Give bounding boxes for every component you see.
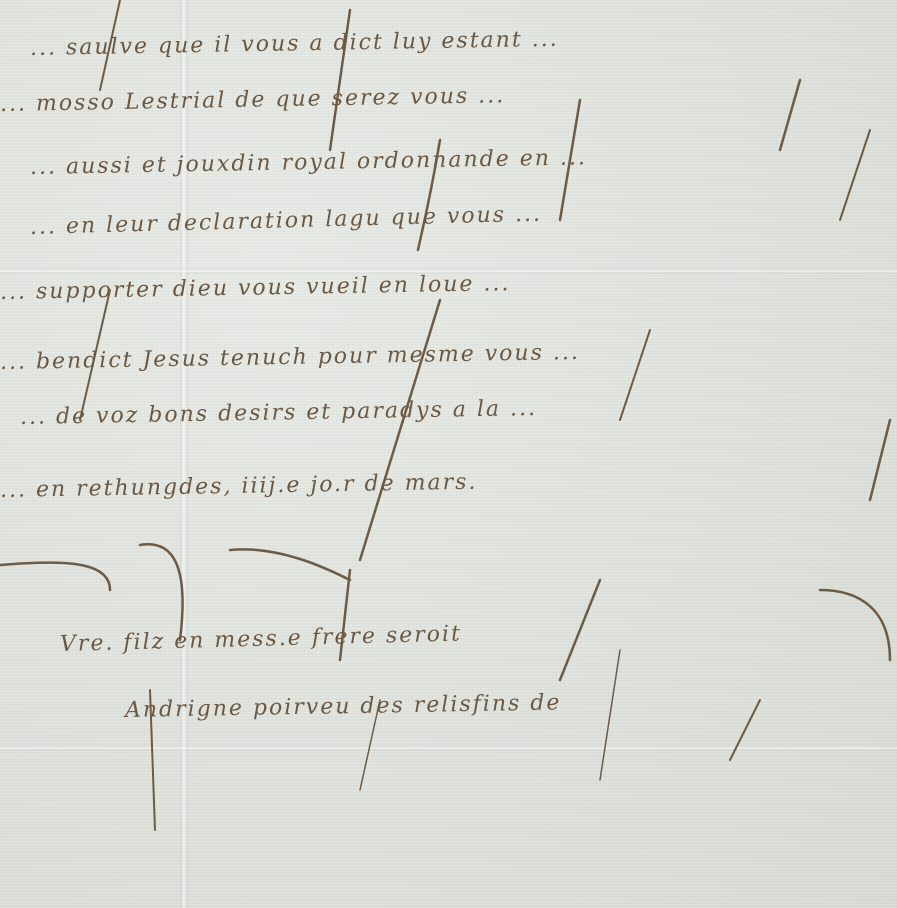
ascender-strokes — [0, 0, 897, 908]
manuscript-page: ... saulve que il vous a dict luy estant… — [0, 0, 897, 908]
